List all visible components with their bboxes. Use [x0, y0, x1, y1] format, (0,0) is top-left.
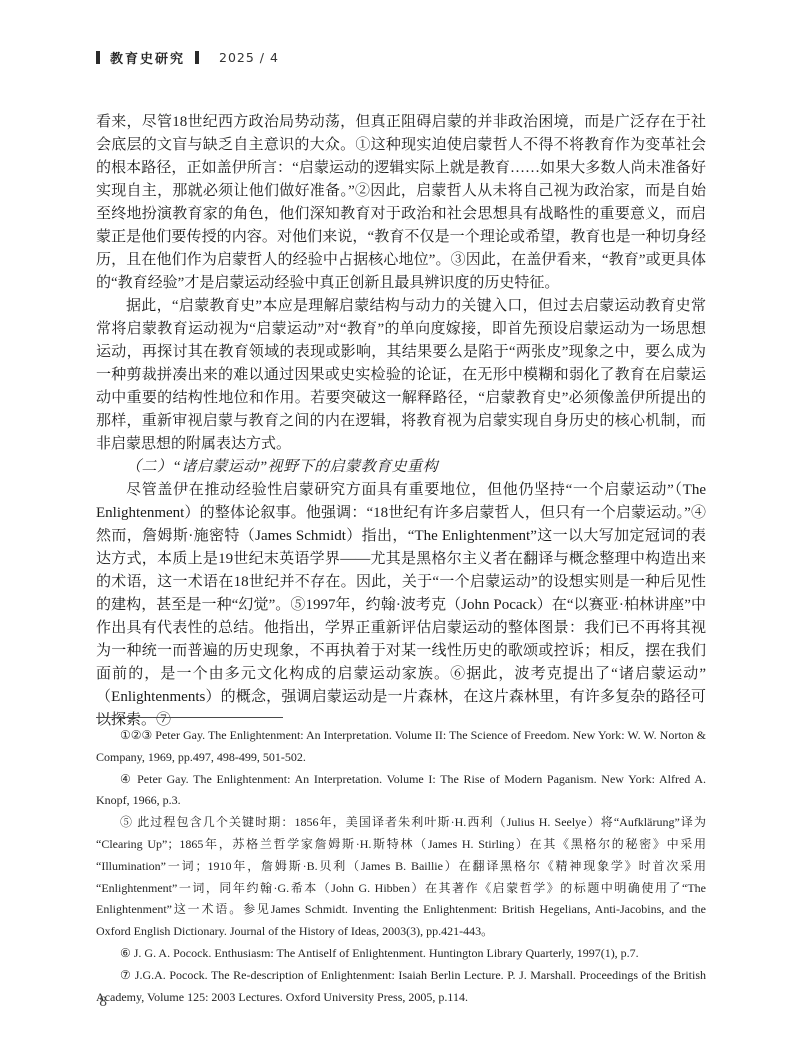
running-head: 教育史研究 2025 / 4 — [96, 48, 279, 67]
body-paragraph-continuation: 看来，尽管18世纪西方政治局势动荡，但真正阻碍启蒙的并非政治困境，而是广泛存在于… — [96, 111, 706, 295]
header-bar-left-icon — [96, 51, 100, 64]
footnote: ①②③ Peter Gay. The Enlightenment: An Int… — [96, 725, 706, 769]
footnote-area: ①②③ Peter Gay. The Enlightenment: An Int… — [96, 717, 706, 1008]
footnote-separator — [96, 717, 283, 718]
document-page: 教育史研究 2025 / 4 看来，尽管18世纪西方政治局势动荡，但真正阻碍启蒙… — [0, 0, 800, 1059]
page-number: 8 — [99, 995, 107, 1010]
footnote: ④ Peter Gay. The Enlightenment: An Inter… — [96, 769, 706, 813]
body-paragraph: 据此，“启蒙教育史”本应是理解启蒙结构与动力的关键入口，但过去启蒙运动教育史常常… — [96, 295, 706, 456]
article-body: 看来，尽管18世纪西方政治局势动荡，但真正阻碍启蒙的并非政治困境，而是广泛存在于… — [96, 111, 706, 732]
footnote: ⑦ J.G.A. Pocock. The Re-description of E… — [96, 965, 706, 1009]
section-heading: （二）“诸启蒙运动”视野下的启蒙教育史重构 — [96, 456, 706, 479]
header-bar-right-icon — [195, 51, 199, 64]
issue-number: 2025 / 4 — [219, 50, 279, 65]
footnote: ⑥ J. G. A. Pocock. Enthusiasm: The Antis… — [96, 943, 706, 965]
journal-title: 教育史研究 — [110, 48, 185, 67]
footnote: ⑤ 此过程包含几个关键时期：1856年，美国译者朱利叶斯·H.西利（Julius… — [96, 812, 706, 943]
body-paragraph: 尽管盖伊在推动经验性启蒙研究方面具有重要地位，但他仍坚持“一个启蒙运动”（The… — [96, 479, 706, 732]
